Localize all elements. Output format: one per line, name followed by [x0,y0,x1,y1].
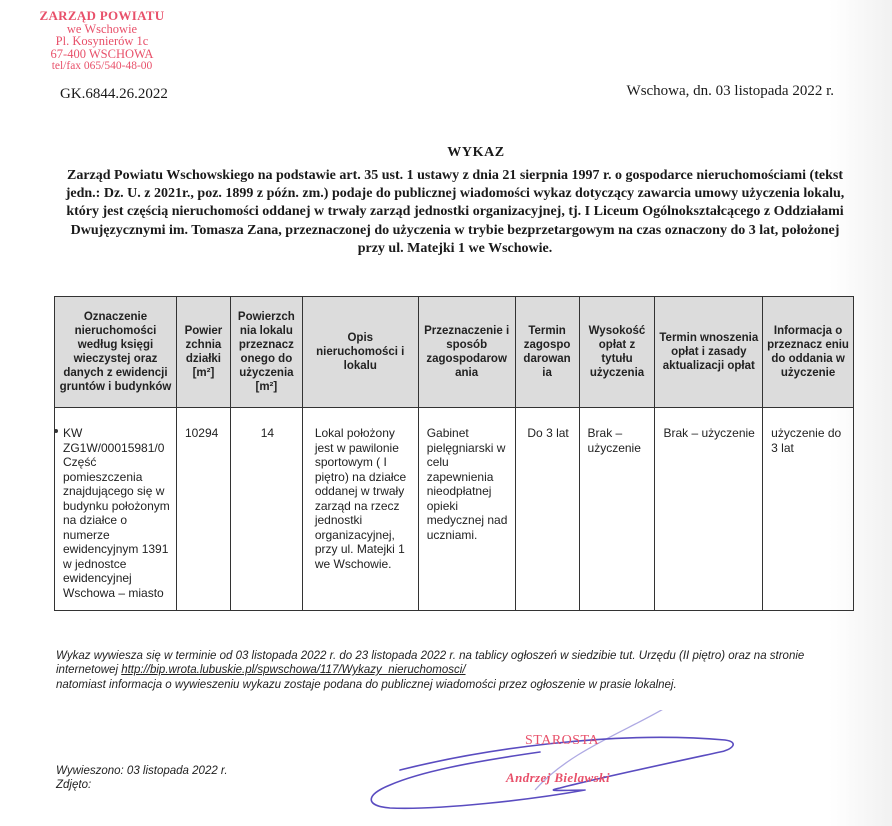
header-description: Opis nieruchomości i lokalu [302,297,418,408]
stamp-line: 67-400 WSCHOWA [32,48,172,61]
bullet-icon [54,429,58,433]
signature-name: Andrzej Bielawski [506,770,610,786]
case-number: GK.6844.26.2022 [60,86,168,103]
document-intro: Zarząd Powiatu Wschowskiego na podstawie… [60,167,850,258]
cell-fee-terms: Brak – użyczenie [655,408,763,611]
stamp-line: Pl. Kosynierów 1c [32,35,172,48]
cell-fee-amount: Brak – użyczenie [579,408,655,611]
removed-date: Zdjęto: [56,778,228,792]
posted-date: Wywieszono: 03 listopada 2022 r. [56,764,228,778]
cell-description: Lokal położony jest w pawilonie sportowy… [302,408,418,611]
header-designation: Oznaczenie nieruchomości według księgi w… [55,297,177,408]
header-plot-area: Powier zchnia działki [m²] [176,297,230,408]
notice-line-2: internetowej http://bip.wrota.lubuskie.p… [56,663,876,677]
cell-plot-area: 10294 [176,408,230,611]
stamp-title: ZARZĄD POWIATU [32,10,172,23]
bip-link[interactable]: http://bip.wrota.lubuskie.pl/spwschowa/1… [121,664,465,676]
header-purpose: Przeznaczenie i sposób zagospodarow ania [418,297,515,408]
cell-lending-info: użyczenie do 3 lat [763,408,854,611]
notice-line-3: natomiast informacja o wywieszeniu wykaz… [56,677,876,693]
cell-purpose: Gabinet pielęgniarski w celu zapewnienia… [418,408,515,611]
cell-designation: KW ZG1W/00015981/0 Część pomieszczenia z… [55,408,177,611]
cell-development-term: Do 3 lat [515,408,579,611]
handwritten-signature-icon [360,710,760,826]
cell-premises-area: 14 [230,408,302,611]
table-row: KW ZG1W/00015981/0 Część pomieszczenia z… [55,408,854,611]
document-title: WYKAZ [0,145,892,161]
signature-block: STAROSTA Andrzej Bielawski [360,710,760,826]
header-fee-terms: Termin wnoszenia opłat i zasady aktualiz… [655,297,763,408]
header-fee-amount: Wysokość opłat z tytułu użyczenia [579,297,655,408]
table-header-row: Oznaczenie nieruchomości według księgi w… [55,297,854,408]
header-lending-info: Informacja o przeznacz eniu do oddania w… [763,297,854,408]
posting-notice: Wykaz wywiesza się w terminie od 03 list… [56,647,876,693]
place-date: Wschowa, dn. 03 listopada 2022 r. [627,83,834,100]
posting-dates: Wywieszono: 03 listopada 2022 r. Zdjęto: [56,764,228,792]
office-stamp: ZARZĄD POWIATU we Wschowie Pl. Kosynieró… [32,10,172,73]
property-listing-table: Oznaczenie nieruchomości według księgi w… [54,296,854,611]
signature-title: STAROSTA [525,733,599,749]
stamp-line: tel/fax 065/540-48-00 [32,60,172,73]
header-development-term: Termin zagospo darowan ia [515,297,579,408]
header-premises-area: Powierzch nia lokalu przeznacz onego do … [230,297,302,408]
